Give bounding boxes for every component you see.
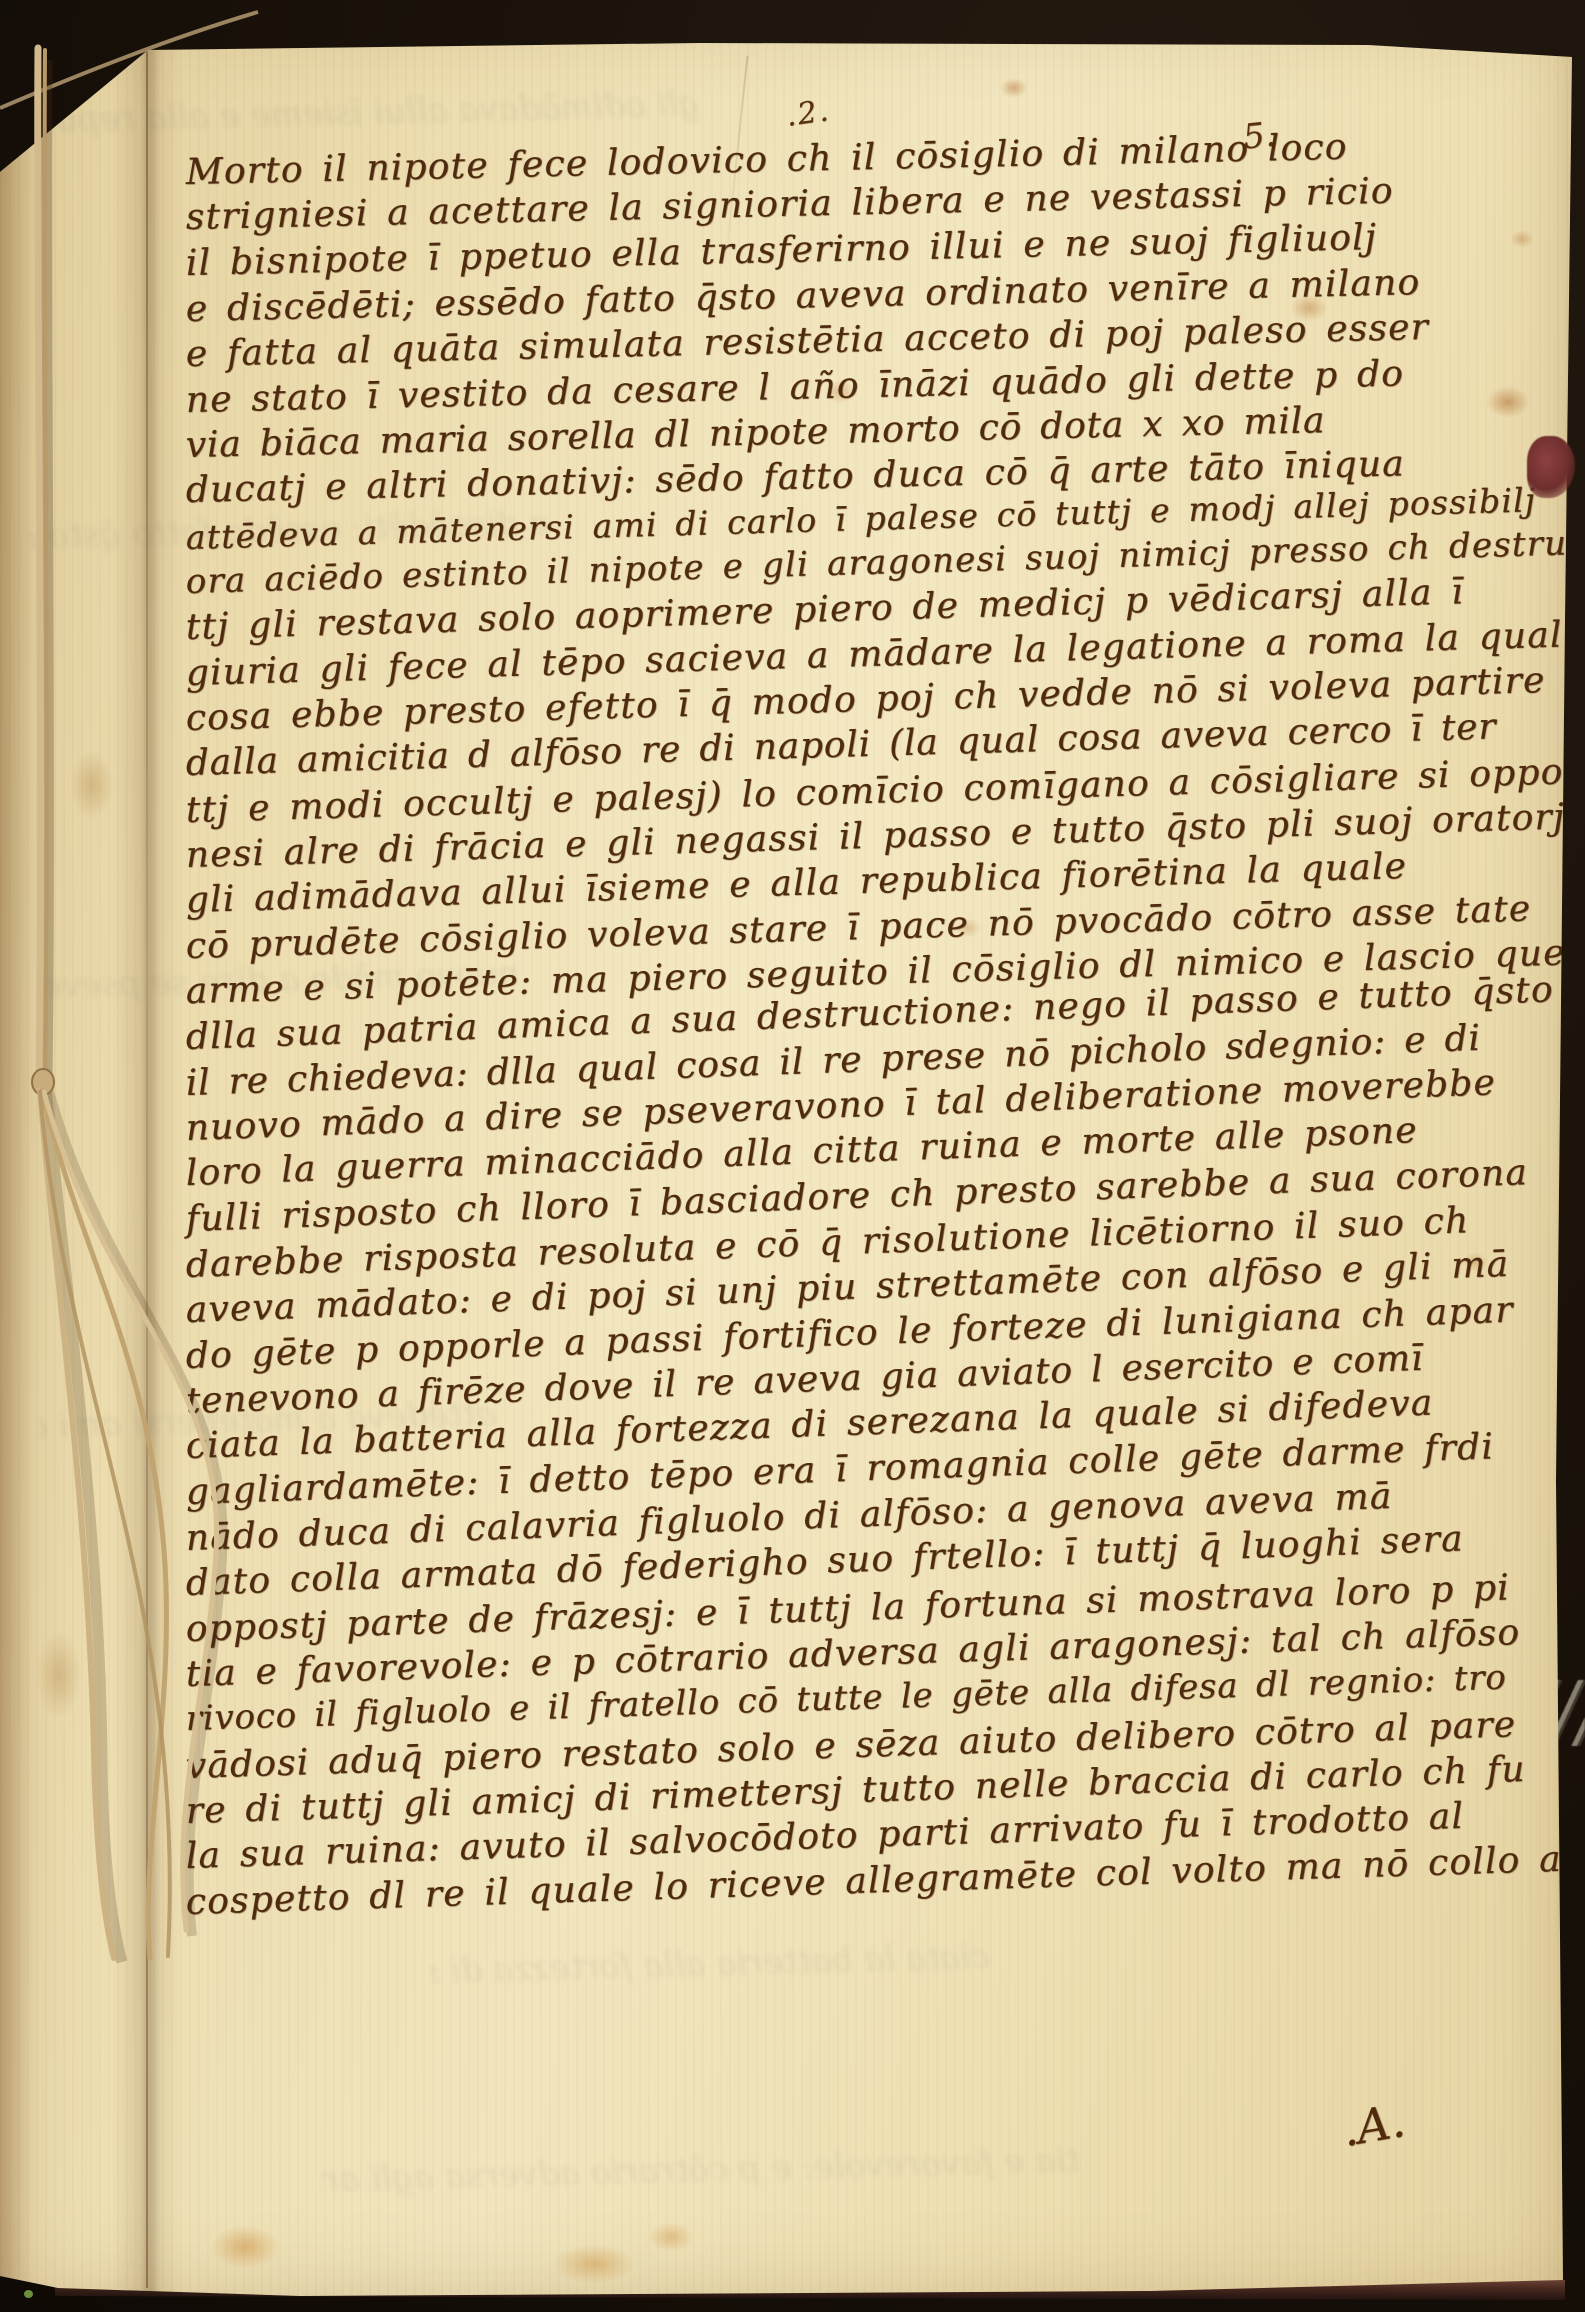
gutter-crease-line <box>146 48 148 2288</box>
showthrough-text: tia e favorevole: e p cōtrario adversa a… <box>320 2140 1081 2200</box>
fore-edge-red-paint <box>1527 436 1575 498</box>
folio-mark-center: .2. <box>784 93 833 134</box>
stain <box>210 2225 280 2269</box>
folio-number: 5. <box>1241 114 1277 157</box>
manuscript-page: gli adimādava allui īsieme e alla republ… <box>0 0 1585 2312</box>
text-block: Morto il nipote fece lodovico ch il cōsi… <box>186 150 1516 1925</box>
stain <box>552 2244 636 2284</box>
bottom-left-speck <box>24 2290 33 2298</box>
stain <box>1000 78 1028 98</box>
stain <box>648 2222 694 2252</box>
stain <box>70 750 114 820</box>
catchword: .A. <box>1338 2093 1409 2157</box>
showthrough-text: ciata la batteria alla fortezza di serez… <box>430 1937 991 1992</box>
stain <box>36 1630 82 1720</box>
left-edge-shade <box>0 120 34 2300</box>
manuscript-photo: gli adimādava allui īsieme e alla republ… <box>0 0 1585 2312</box>
